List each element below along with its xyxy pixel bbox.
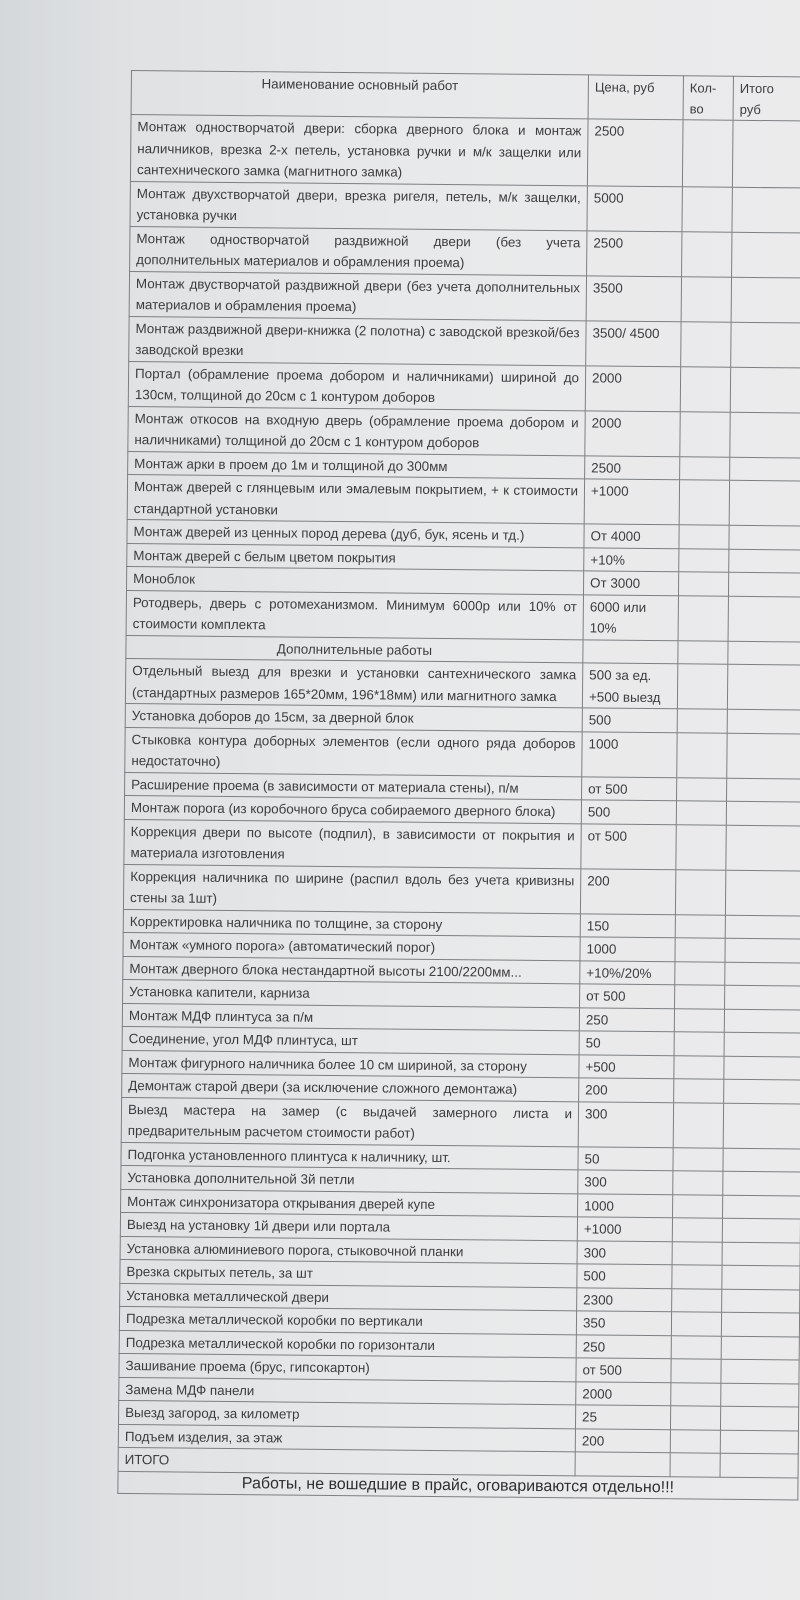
total-cell xyxy=(721,1383,799,1407)
service-name: Ротодверь, дверь с ротомеханизмом. Миним… xyxy=(126,590,583,639)
service-price: +10% xyxy=(584,547,679,571)
service-name: Монтаж одностворчатой раздвижной двери (… xyxy=(130,226,587,275)
service-price: 1000 xyxy=(582,731,677,777)
quantity-cell[interactable] xyxy=(678,572,728,596)
service-name: Коррекция наличника по ширине (распил вд… xyxy=(123,864,580,913)
service-name: Отдельный выезд для врезки и установки с… xyxy=(125,658,582,707)
service-price: 50 xyxy=(578,1146,673,1170)
column-header-name: Наименование основный работ xyxy=(131,71,588,119)
quantity-cell[interactable] xyxy=(678,595,728,640)
quantity-cell[interactable] xyxy=(679,525,729,549)
quantity-cell[interactable] xyxy=(673,1102,723,1147)
total-cell xyxy=(732,120,800,187)
quantity-cell[interactable] xyxy=(675,985,725,1009)
quantity-cell[interactable] xyxy=(677,709,727,733)
service-price: 1000 xyxy=(580,937,675,961)
empty-cell xyxy=(728,641,800,665)
service-price: 1000 xyxy=(578,1193,673,1217)
total-cell xyxy=(726,825,800,871)
column-header-total: Итого руб xyxy=(733,76,800,121)
service-price: 300 xyxy=(578,1101,673,1147)
service-name: Монтаж одностворчатой двери: сборка двер… xyxy=(130,115,588,186)
quantity-cell[interactable] xyxy=(673,1171,723,1195)
total-cell xyxy=(731,322,800,368)
quantity-cell[interactable] xyxy=(670,1429,720,1453)
total-cell xyxy=(731,277,800,323)
total-cell xyxy=(725,962,800,986)
quantity-cell[interactable] xyxy=(680,366,730,411)
grand-total-cell xyxy=(720,1453,798,1477)
quantity-cell[interactable] xyxy=(677,777,727,801)
service-name: Стыковка контура доборных элементов (есл… xyxy=(125,727,582,776)
service-price: 500 xyxy=(577,1264,672,1288)
quantity-cell[interactable] xyxy=(675,914,725,938)
empty-cell xyxy=(583,639,678,663)
service-price: 500 xyxy=(581,800,676,824)
quantity-cell[interactable] xyxy=(676,801,726,825)
service-price: +1000 xyxy=(584,479,679,525)
service-price: 300 xyxy=(578,1170,673,1194)
total-cell xyxy=(722,1265,800,1289)
service-price: +1000 xyxy=(577,1217,672,1241)
total-cell xyxy=(722,1242,800,1266)
service-price: 150 xyxy=(580,913,675,937)
table-row: Портал (обрамление проема добором и нали… xyxy=(128,361,800,413)
quantity-cell[interactable] xyxy=(682,186,732,231)
quantity-cell[interactable] xyxy=(672,1288,722,1312)
total-cell xyxy=(727,709,800,733)
service-price: 200 xyxy=(575,1428,670,1452)
total-price-cell xyxy=(575,1452,670,1476)
total-cell xyxy=(720,1406,798,1430)
service-price: 350 xyxy=(576,1311,671,1335)
service-name: Монтаж дверей с глянцевым или эмалевым п… xyxy=(127,474,584,523)
service-price: 3500/ 4500 xyxy=(586,320,681,366)
total-cell xyxy=(729,549,800,573)
quantity-cell[interactable] xyxy=(682,231,732,276)
total-cell xyxy=(722,1218,800,1242)
total-cell xyxy=(725,938,800,962)
table-row: Ротодверь, дверь с ротомеханизмом. Миним… xyxy=(126,590,800,642)
service-price: 2000 xyxy=(585,365,680,411)
quantity-cell[interactable] xyxy=(682,120,733,187)
quantity-cell[interactable] xyxy=(675,869,725,914)
service-price: 5000 xyxy=(587,185,682,231)
quantity-cell[interactable] xyxy=(672,1265,722,1289)
service-name: Монтаж двухстворчатой двери, врезка риге… xyxy=(130,181,587,230)
quantity-cell[interactable] xyxy=(675,938,725,962)
total-cell xyxy=(721,1336,799,1360)
service-name: Монтаж раздвижной двери-книжка (2 полотн… xyxy=(129,316,586,365)
table-row: Монтаж раздвижной двери-книжка (2 полотн… xyxy=(129,316,800,368)
service-name: Монтаж двустворчатой раздвижной двери (б… xyxy=(129,271,586,320)
quantity-cell[interactable] xyxy=(679,548,729,572)
service-price: 3500 xyxy=(586,275,681,321)
service-price: 200 xyxy=(580,868,675,914)
price-table: Наименование основный работ Цена, руб Ко… xyxy=(117,70,800,1500)
service-price: +10%/20% xyxy=(580,960,675,984)
table-row: Выезд мастера на замер (с выдачей замерн… xyxy=(121,1097,800,1149)
service-price: 2500 xyxy=(585,455,680,479)
total-cell xyxy=(724,1032,800,1056)
total-cell xyxy=(724,1009,800,1033)
service-price: 25 xyxy=(575,1405,670,1429)
service-price: 2500 xyxy=(587,230,682,276)
quantity-cell[interactable] xyxy=(674,1055,724,1079)
service-price: от 500 xyxy=(581,823,676,869)
total-cell xyxy=(720,1430,798,1454)
quantity-cell[interactable] xyxy=(675,961,725,985)
total-cell xyxy=(724,1056,800,1080)
column-header-total-line2: руб xyxy=(740,102,761,117)
service-price: +500 xyxy=(579,1054,674,1078)
total-cell xyxy=(723,1171,800,1195)
quantity-cell[interactable] xyxy=(677,664,727,709)
total-cell xyxy=(721,1359,799,1383)
service-price: 2000 xyxy=(576,1381,671,1405)
quantity-cell[interactable] xyxy=(671,1382,721,1406)
service-price: 250 xyxy=(576,1334,671,1358)
service-price: 500 xyxy=(582,708,677,732)
service-price: от 500 xyxy=(580,984,675,1008)
service-price: 250 xyxy=(579,1007,674,1031)
service-price: От 4000 xyxy=(584,524,679,548)
table-row: Монтаж одностворчатой раздвижной двери (… xyxy=(130,226,800,278)
service-price: 50 xyxy=(579,1031,674,1055)
quantity-cell[interactable] xyxy=(671,1359,721,1383)
quantity-cell[interactable] xyxy=(679,480,729,525)
quantity-cell[interactable] xyxy=(674,1079,724,1103)
service-name: Портал (обрамление проема добором и нали… xyxy=(128,361,585,410)
column-header-qty-line1: Кол- xyxy=(690,80,717,95)
total-cell xyxy=(730,457,800,481)
service-price: 2300 xyxy=(577,1287,672,1311)
total-cell xyxy=(722,1289,800,1313)
total-cell xyxy=(721,1312,799,1336)
service-price: 200 xyxy=(579,1078,674,1102)
service-price: От 3000 xyxy=(583,571,678,595)
total-cell xyxy=(723,1148,800,1172)
total-cell xyxy=(725,915,800,939)
service-price: от 500 xyxy=(582,776,677,800)
quantity-cell[interactable] xyxy=(676,824,726,869)
quantity-cell[interactable] xyxy=(681,276,731,321)
quantity-cell[interactable] xyxy=(673,1194,723,1218)
service-price: 2000 xyxy=(585,410,680,456)
service-price: 6000 или 10% xyxy=(583,594,678,640)
service-price: 300 xyxy=(577,1240,672,1264)
quantity-cell[interactable] xyxy=(672,1241,722,1265)
table-row: Монтаж двустворчатой раздвижной двери (б… xyxy=(129,271,800,323)
service-price: 2500 xyxy=(587,119,683,186)
total-cell xyxy=(727,733,800,779)
service-name: Выезд мастера на замер (с выдачей замерн… xyxy=(121,1097,578,1146)
column-header-qty-line2: во xyxy=(690,101,704,116)
total-cell xyxy=(728,572,800,596)
table-row: Монтаж двухстворчатой двери, врезка риге… xyxy=(130,181,800,233)
table-row: Коррекция наличника по ширине (распил вд… xyxy=(123,864,800,916)
price-list-document: Наименование основный работ Цена, руб Ко… xyxy=(117,70,800,1500)
quantity-cell[interactable] xyxy=(674,1008,724,1032)
column-header-price: Цена, руб xyxy=(588,75,683,120)
total-cell xyxy=(724,1079,800,1103)
quantity-cell[interactable] xyxy=(680,456,730,480)
total-cell xyxy=(727,664,800,710)
total-cell xyxy=(732,187,800,233)
total-cell xyxy=(723,1195,800,1219)
total-cell xyxy=(725,985,800,1009)
quantity-cell[interactable] xyxy=(671,1312,721,1336)
quantity-cell[interactable] xyxy=(672,1218,722,1242)
quantity-cell[interactable] xyxy=(671,1335,721,1359)
total-cell xyxy=(728,596,800,642)
total-cell xyxy=(729,480,800,526)
table-row: Отдельный выезд для врезки и установки с… xyxy=(125,658,800,710)
quantity-cell[interactable] xyxy=(673,1147,723,1171)
total-cell xyxy=(725,870,800,916)
total-cell xyxy=(726,801,800,825)
total-cell xyxy=(723,1103,800,1149)
quantity-cell[interactable] xyxy=(677,732,727,777)
total-cell xyxy=(729,525,800,549)
service-price: от 500 xyxy=(576,1358,671,1382)
total-cell xyxy=(732,232,800,278)
quantity-cell[interactable] xyxy=(670,1406,720,1430)
empty-cell xyxy=(678,640,728,664)
header-row: Наименование основный работ Цена, руб Ко… xyxy=(131,71,800,122)
quantity-cell[interactable] xyxy=(680,411,730,456)
table-row: Стыковка контура доборных элементов (есл… xyxy=(125,727,800,779)
service-name: Монтаж откосов на входную дверь (обрамле… xyxy=(128,406,585,455)
table-row: Монтаж откосов на входную дверь (обрамле… xyxy=(128,406,800,458)
column-header-qty: Кол- во xyxy=(683,76,733,120)
table-row: Коррекция двери по высоте (подпил), в за… xyxy=(124,819,800,871)
column-header-total-line1: Итого xyxy=(740,81,774,96)
quantity-cell[interactable] xyxy=(674,1032,724,1056)
table-row: Монтаж дверей с глянцевым или эмалевым п… xyxy=(127,474,800,526)
total-qty-cell xyxy=(670,1453,720,1477)
table-row: Монтаж одностворчатой двери: сборка двер… xyxy=(130,115,800,188)
quantity-cell[interactable] xyxy=(681,321,731,366)
total-cell xyxy=(730,412,800,458)
total-cell xyxy=(727,778,800,802)
service-price: 500 за ед. +500 выезд xyxy=(582,663,677,709)
service-name: Коррекция двери по высоте (подпил), в за… xyxy=(124,819,581,868)
total-cell xyxy=(730,367,800,413)
